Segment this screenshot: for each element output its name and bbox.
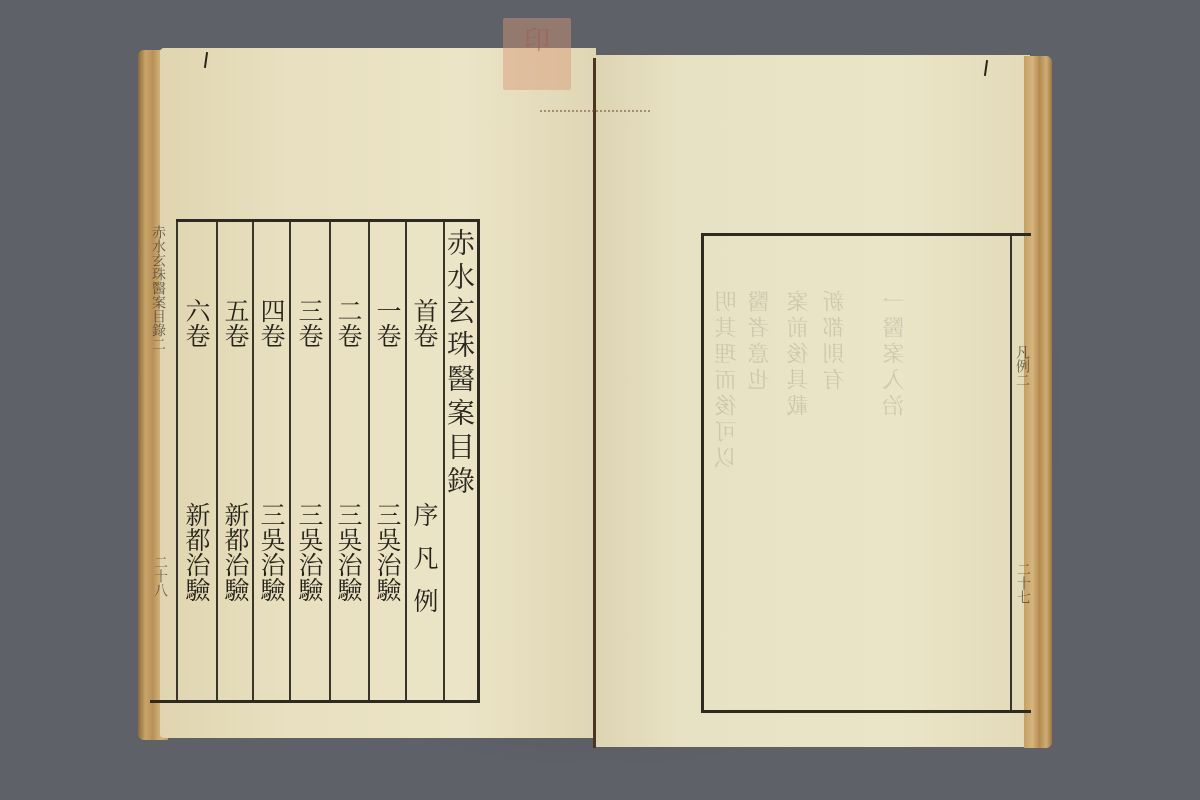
- toc-heading: 赤水玄珠醫案目錄: [447, 228, 479, 500]
- column-rule: [368, 222, 370, 700]
- bleed-through-text: 案前後具載: [784, 290, 815, 420]
- toc-frame-bottom-rule: [150, 700, 480, 703]
- right-margin-page-number: 二十七: [1013, 562, 1033, 604]
- bleed-through-text: 明其理而後可以: [712, 290, 743, 472]
- column-rule: [289, 222, 291, 700]
- toc-content: 三吳治驗: [291, 502, 327, 602]
- bleed-through-text: 醫者意也: [745, 290, 776, 394]
- left-margin-title: 赤水玄珠醫案目錄二: [148, 225, 168, 351]
- toc-content: 序凡例: [406, 502, 442, 631]
- toc-volume-label: 首卷: [406, 298, 442, 348]
- toc-content: 三吳治驗: [369, 502, 405, 602]
- toc-volume-label: 五卷: [217, 298, 253, 348]
- column-rule: [329, 222, 331, 700]
- toc-content: 新都治驗: [178, 502, 214, 602]
- toc-content: 三吳治驗: [330, 502, 366, 602]
- toc-content: 三吳治驗: [253, 502, 289, 602]
- bleed-through-text: 一醫案入治: [880, 290, 911, 420]
- book-gutter: [593, 58, 596, 748]
- toc-volume-label: 六卷: [178, 298, 214, 348]
- binding-thread: [540, 96, 650, 112]
- bleed-through-text: 新都則有: [820, 290, 851, 394]
- right-page-margin-rule: [1010, 236, 1012, 710]
- column-rule: [252, 222, 254, 700]
- left-margin-page-number: 二十八: [150, 555, 170, 597]
- toc-volume-label: 二卷: [330, 298, 366, 348]
- toc-content: 新都治驗: [217, 502, 253, 602]
- column-rule: [216, 222, 218, 700]
- toc-volume-label: 三卷: [291, 298, 327, 348]
- toc-volume-label: 四卷: [253, 298, 289, 348]
- toc-volume-label: 一卷: [369, 298, 405, 348]
- column-rule: [176, 222, 178, 700]
- seal-glyph: 印: [505, 28, 569, 54]
- right-margin-title: 凡例二: [1012, 345, 1032, 387]
